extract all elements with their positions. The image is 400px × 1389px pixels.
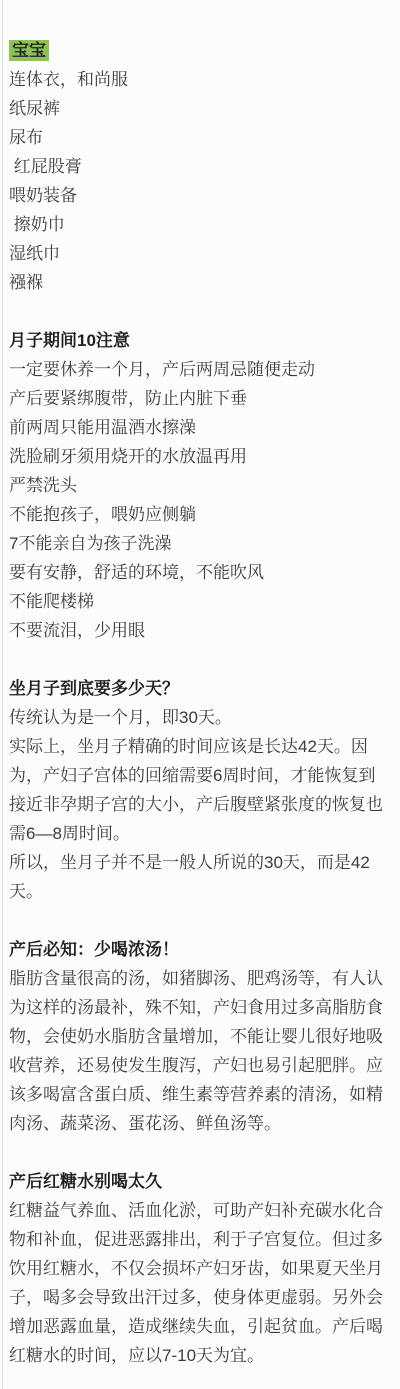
article: 宝宝 连体衣，和尚服 纸尿裤 尿布 红屁股膏 喂奶装备 擦奶巾 湿纸巾 襁褓 月… [0,0,400,1370]
list-item: 纸尿裤 [9,94,391,123]
section-brown-sugar-water: 产后红糖水别喝太久 红糖益气养血、活血化淤，可助产妇补充碳水化合物和补血，促进恶… [9,1167,391,1370]
highlighted-title-text: 宝宝 [9,40,49,61]
section-less-thick-soup: 产后必知：少喝浓汤！ 脂肪含量很高的汤，如猪脚汤、肥鸡汤等，有人认为这样的汤最补… [9,935,391,1138]
list-item: 喂奶装备 [9,181,391,210]
paragraph: 红糖益气养血、活血化淤，可助产妇补充碳水化合物和补血，促进恶露排出，利于子宫复位… [9,1196,391,1370]
list-item: 红屁股膏 [9,152,391,181]
list-item: 尿布 [9,123,391,152]
list-item: 产后要紧绑腹带，防止内脏下垂 [9,384,391,413]
paragraph: 实际上，坐月子精确的时间应该是长达42天。因为，产妇子宫体的回缩需要6周时间，才… [9,732,391,848]
list-item: 不能爬楼梯 [9,587,391,616]
section-how-many-days: 坐月子到底要多少天？ 传统认为是一个月，即30天。 实际上，坐月子精确的时间应该… [9,674,391,906]
list-item: 一定要休养一个月，产后两周忌随便走动 [9,355,391,384]
paragraph: 所以，坐月子并不是一般人所说的30天，而是42天。 [9,848,391,906]
list-item: 洗脸刷牙须用烧开的水放温再用 [9,442,391,471]
list-item: 严禁洗头 [9,471,391,500]
list-item: 要有安静，舒适的环境，不能吹风 [9,558,391,587]
list-item: 擦奶巾 [9,210,391,239]
paragraph: 脂肪含量很高的汤，如猪脚汤、肥鸡汤等，有人认为这样的汤最补，殊不知，产妇食用过多… [9,964,391,1138]
list-item: 连体衣，和尚服 [9,65,391,94]
paragraph: 传统认为是一个月，即30天。 [9,703,391,732]
section-baby-items: 宝宝 连体衣，和尚服 纸尿裤 尿布 红屁股膏 喂奶装备 擦奶巾 湿纸巾 襁褓 [9,36,391,297]
section-confinement-notes: 月子期间10注意 一定要休养一个月，产后两周忌随便走动 产后要紧绑腹带，防止内脏… [9,326,391,645]
list-item: 不要流泪，少用眼 [9,616,391,645]
section-title-brown-sugar-water: 产后红糖水别喝太久 [9,1167,391,1196]
section-title-how-many-days: 坐月子到底要多少天？ [9,674,391,703]
list-item: 不能抱孩子，喂奶应侧躺 [9,500,391,529]
list-item: 襁褓 [9,268,391,297]
section-title-baby: 宝宝 [9,36,391,65]
section-title-less-thick-soup: 产后必知：少喝浓汤！ [9,935,391,964]
section-title-confinement-notes: 月子期间10注意 [9,326,391,355]
list-item: 7不能亲自为孩子洗澡 [9,529,391,558]
list-item: 前两周只能用温酒水擦澡 [9,413,391,442]
list-item: 湿纸巾 [9,239,391,268]
